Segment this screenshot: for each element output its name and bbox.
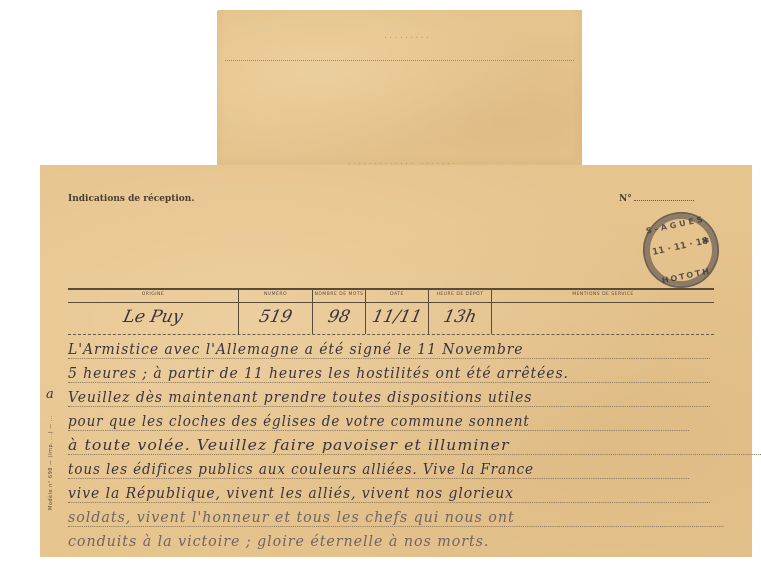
header-value-date: 11/11 — [364, 307, 430, 327]
message-line: vive la République, vivent les alliés, v… — [68, 479, 710, 503]
message-line: pour que les cloches des églises de votr… — [68, 407, 689, 431]
message-line: tous les édifices publics aux couleurs a… — [68, 455, 689, 479]
header-value-time: 13h — [427, 307, 493, 327]
postmark-town: S-AGUES — [640, 213, 712, 237]
message-line: 5 heures ; à partir de 11 heures les hos… — [68, 359, 710, 383]
header-label-number: NUMÉRO — [239, 292, 312, 297]
message-line: à toute volée. Veuillez faire pavoiser e… — [68, 431, 761, 455]
postmark-stamp-icon: S-AGUES 11 · 11 · 18 ✱ HOTOTH — [636, 205, 726, 295]
header-value-origin: Le Puy — [66, 307, 240, 327]
flap-fold-line — [225, 60, 574, 61]
telegram-sheet: Indications de réception. N° S-AGUES 11 … — [40, 165, 752, 557]
header-cell-word-count: NOMBRE DE MOTS 98 — [313, 290, 366, 334]
message-line: conduits à la victoire ; gloire éternell… — [68, 527, 724, 550]
side-print-text: Modèle n° 698 — (Imp. ...) — ... — [48, 340, 54, 510]
number-label: N° — [619, 194, 694, 204]
flap-stamp-text: ········· — [367, 35, 447, 41]
header-value-word-count: 98 — [311, 307, 367, 327]
header-cell-origin: ORIGINE Le Puy — [68, 290, 239, 334]
telegram-flap: ········· ············· ······· — [217, 10, 582, 170]
header-label-time: HEURE DE DÉPÔT — [429, 292, 491, 297]
postmark-bottom: HOTOTH — [650, 264, 722, 288]
header-cell-date: DATE 11/11 — [366, 290, 429, 334]
telegram-message: L'Armistice avec l'Allemagne a été signé… — [68, 335, 758, 550]
side-printer-mark: Modèle n° 698 — (Imp. ...) — ... — [46, 340, 58, 510]
margin-mark: a — [46, 387, 54, 402]
message-line: L'Armistice avec l'Allemagne a été signé… — [68, 335, 710, 359]
header-cell-service: MENTIONS DE SERVICE — [492, 290, 714, 334]
message-line: Veuillez dès maintenant prendre toutes d… — [68, 383, 710, 407]
header-label-word-count: NOMBRE DE MOTS — [313, 292, 365, 297]
header-cell-time: HEURE DE DÉPÔT 13h — [429, 290, 492, 334]
number-dotted-line — [634, 200, 694, 201]
header-label-date: DATE — [366, 292, 428, 297]
header-cell-number: NUMÉRO 519 — [239, 290, 313, 334]
telegram-header-table: ORIGINE Le Puy NUMÉRO 519 NOMBRE DE MOTS… — [68, 288, 714, 335]
reception-label: Indications de réception. — [68, 194, 194, 204]
header-label-service: MENTIONS DE SERVICE — [492, 292, 714, 297]
number-label-text: N° — [619, 194, 632, 204]
header-value-number: 519 — [237, 307, 314, 327]
header-label-origin: ORIGINE — [68, 292, 238, 297]
message-line: soldats, vivent l'honneur et tous les ch… — [68, 503, 724, 527]
